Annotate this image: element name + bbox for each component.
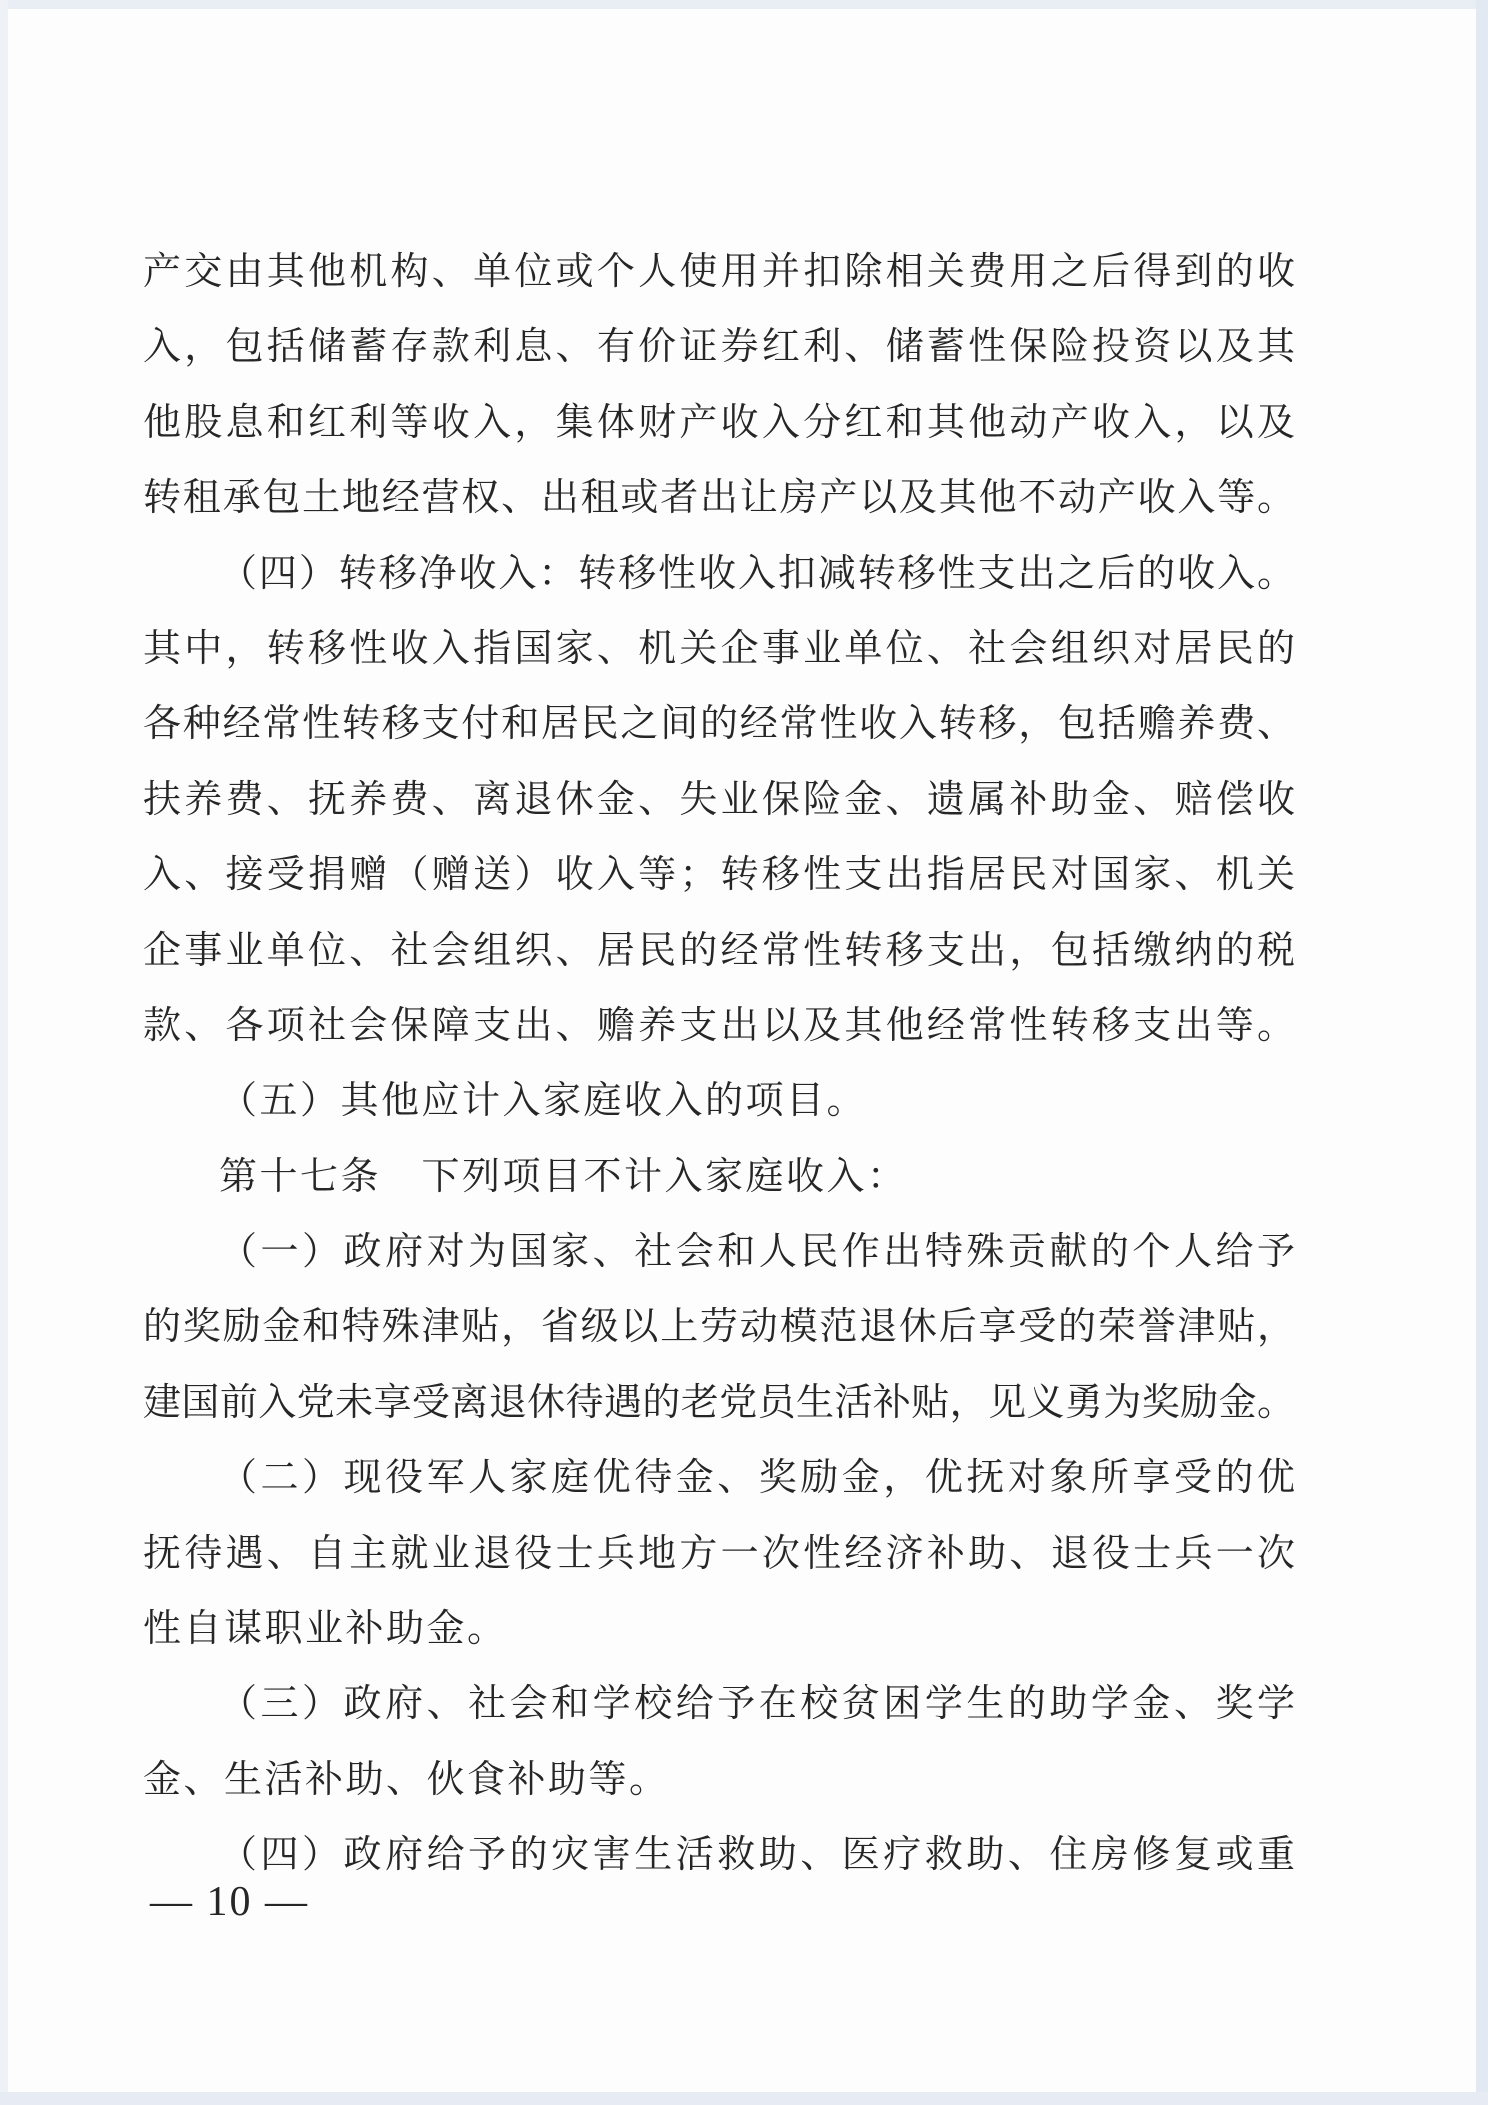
text-line: 第十七条 下列项目不计入家庭收入： [143,1140,1295,1215]
text-line: 他股息和红利等收入，集体财产收入分红和其他动产收入，以及 [143,386,1295,461]
text-line: （四）政府给予的灾害生活救助、医疗救助、住房修复或重 [143,1818,1295,1893]
text-line: 款、各项社会保障支出、赡养支出以及其他经常性转移支出等。 [143,989,1295,1064]
text-line: 各种经常性转移支付和居民之间的经常性收入转移，包括赡养费、 [143,687,1295,762]
scan-edge-bottom [0,2092,1488,2105]
text-line: 产交由其他机构、单位或个人使用并扣除相关费用之后得到的收 [143,235,1295,310]
text-line: （四）转移净收入：转移性收入扣减转移性支出之后的收入。 [143,537,1295,612]
body-text: 产交由其他机构、单位或个人使用并扣除相关费用之后得到的收 入，包括储蓄存款利息、… [143,235,1295,1894]
document-page: 产交由其他机构、单位或个人使用并扣除相关费用之后得到的收 入，包括储蓄存款利息、… [0,0,1488,2105]
page-number: — 10 — [150,1872,309,1932]
text-line: 的奖励金和特殊津贴，省级以上劳动模范退休后享受的荣誉津贴， [143,1290,1295,1365]
text-line: 建国前入党未享受离退休待遇的老党员生活补贴，见义勇为奖励金。 [143,1366,1295,1441]
text-line: （五）其他应计入家庭收入的项目。 [143,1064,1295,1139]
text-line: （三）政府、社会和学校给予在校贫困学生的助学金、奖学 [143,1667,1295,1742]
text-line: 入、接受捐赠（赠送）收入等；转移性支出指居民对国家、机关 [143,838,1295,913]
text-line: 企事业单位、社会组织、居民的经常性转移支出，包括缴纳的税 [143,914,1295,989]
scan-edge-right [1476,0,1488,2105]
text-line: （一）政府对为国家、社会和人民作出特殊贡献的个人给予 [143,1215,1295,1290]
text-line: 性自谋职业补助金。 [143,1592,1295,1667]
text-line: 转租承包土地经营权、出租或者出让房产以及其他不动产收入等。 [143,461,1295,536]
text-line: 其中，转移性收入指国家、机关企事业单位、社会组织对居民的 [143,612,1295,687]
text-line: 入，包括储蓄存款利息、有价证券红利、储蓄性保险投资以及其 [143,310,1295,385]
text-line: 扶养费、抚养费、离退休金、失业保险金、遗属补助金、赔偿收 [143,763,1295,838]
text-line: 抚待遇、自主就业退役士兵地方一次性经济补助、退役士兵一次 [143,1517,1295,1592]
text-line: （二）现役军人家庭优待金、奖励金，优抚对象所享受的优 [143,1441,1295,1516]
scan-edge-left [0,0,8,2105]
scan-edge-top [0,0,1488,9]
text-line: 金、生活补助、伙食补助等。 [143,1743,1295,1818]
